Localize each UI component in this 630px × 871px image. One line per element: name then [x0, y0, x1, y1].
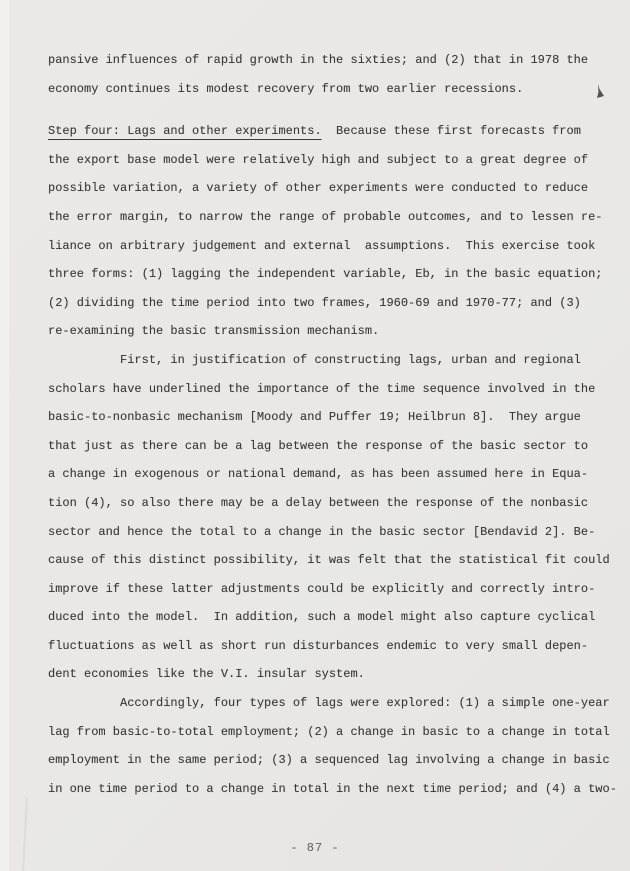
- text-segment: dent economies like the V.I. insular sys…: [48, 667, 365, 681]
- text-line: (2) dividing the time period into two fr…: [48, 289, 608, 318]
- text-line: three forms: (1) lagging the independent…: [48, 260, 608, 289]
- text-line: re-examining the basic transmission mech…: [48, 317, 608, 346]
- text-segment: three forms: (1) lagging the independent…: [48, 267, 603, 281]
- text-line: fluctuations as well as short run distur…: [48, 632, 608, 661]
- text-line: basic-to-nonbasic mechanism [Moody and P…: [48, 403, 608, 432]
- text-segment: improve if these latter adjustments coul…: [48, 582, 595, 596]
- text-line: improve if these latter adjustments coul…: [48, 575, 608, 604]
- text-segment: First, in justification of constructing …: [48, 353, 581, 367]
- text-segment: liance on arbitrary judgement and extern…: [48, 239, 595, 253]
- text-line: in one time period to a change in total …: [48, 775, 608, 804]
- text-segment: basic-to-nonbasic mechanism [Moody and P…: [48, 410, 581, 424]
- text-line: a change in exogenous or national demand…: [48, 460, 608, 489]
- text-segment: a change in exogenous or national demand…: [48, 467, 588, 481]
- text-line: the error margin, to narrow the range of…: [48, 203, 608, 232]
- text-line: possible variation, a variety of other e…: [48, 174, 608, 203]
- text-segment: in one time period to a change in total …: [48, 782, 617, 796]
- text-line: tion (4), so also there may be a delay b…: [48, 489, 608, 518]
- text-segment: the error margin, to narrow the range of…: [48, 210, 603, 224]
- text-segment: employment in the same period; (3) a seq…: [48, 753, 610, 767]
- text-line: dent economies like the V.I. insular sys…: [48, 660, 608, 689]
- text-line: lag from basic-to-total employment; (2) …: [48, 718, 608, 747]
- text-line: Step four: Lags and other experiments. B…: [48, 117, 608, 146]
- text-line: pansive influences of rapid growth in th…: [48, 46, 608, 75]
- text-segment: (2) dividing the time period into two fr…: [48, 296, 581, 310]
- text-segment: possible variation, a variety of other e…: [48, 181, 588, 195]
- text-line: that just as there can be a lag between …: [48, 432, 608, 461]
- text-segment: lag from basic-to-total employment; (2) …: [48, 725, 610, 739]
- text-segment: sector and hence the total to a change i…: [48, 525, 595, 539]
- text-segment: Because these first forecasts from: [322, 124, 581, 138]
- text-line: Accordingly, four types of lags were exp…: [48, 689, 608, 718]
- text-line: cause of this distinct possibility, it w…: [48, 546, 608, 575]
- text-segment: scholars have underlined the importance …: [48, 382, 595, 396]
- text-line: First, in justification of constructing …: [48, 346, 608, 375]
- text-segment: cause of this distinct possibility, it w…: [48, 553, 610, 567]
- text-segment: that just as there can be a lag between …: [48, 439, 588, 453]
- text-line: the export base model were relatively hi…: [48, 146, 608, 175]
- text-segment: re-examining the basic transmission mech…: [48, 324, 379, 338]
- text-segment: tion (4), so also there may be a delay b…: [48, 496, 588, 510]
- text-line: economy continues its modest recovery fr…: [48, 75, 608, 104]
- document-page: pansive influences of rapid growth in th…: [0, 0, 630, 871]
- text-line: scholars have underlined the importance …: [48, 375, 608, 404]
- text-segment: fluctuations as well as short run distur…: [48, 639, 588, 653]
- text-line: duced into the model. In addition, such …: [48, 603, 608, 632]
- scan-edge-highlight: [0, 0, 9, 871]
- page-number: - 87 -: [0, 841, 630, 855]
- text-segment: pansive influences of rapid growth in th…: [48, 53, 588, 67]
- text-line: liance on arbitrary judgement and extern…: [48, 232, 608, 261]
- text-segment: Accordingly, four types of lags were exp…: [48, 696, 610, 710]
- text-line: sector and hence the total to a change i…: [48, 518, 608, 547]
- text-line: employment in the same period; (3) a seq…: [48, 746, 608, 775]
- text-block: pansive influences of rapid growth in th…: [48, 46, 608, 803]
- section-heading-underlined: Step four: Lags and other experiments.: [48, 124, 322, 138]
- paper-crease: [22, 798, 28, 871]
- text-segment: duced into the model. In addition, such …: [48, 610, 595, 624]
- ink-mark: [596, 84, 605, 99]
- text-segment: economy continues its modest recovery fr…: [48, 82, 523, 96]
- text-segment: the export base model were relatively hi…: [48, 153, 588, 167]
